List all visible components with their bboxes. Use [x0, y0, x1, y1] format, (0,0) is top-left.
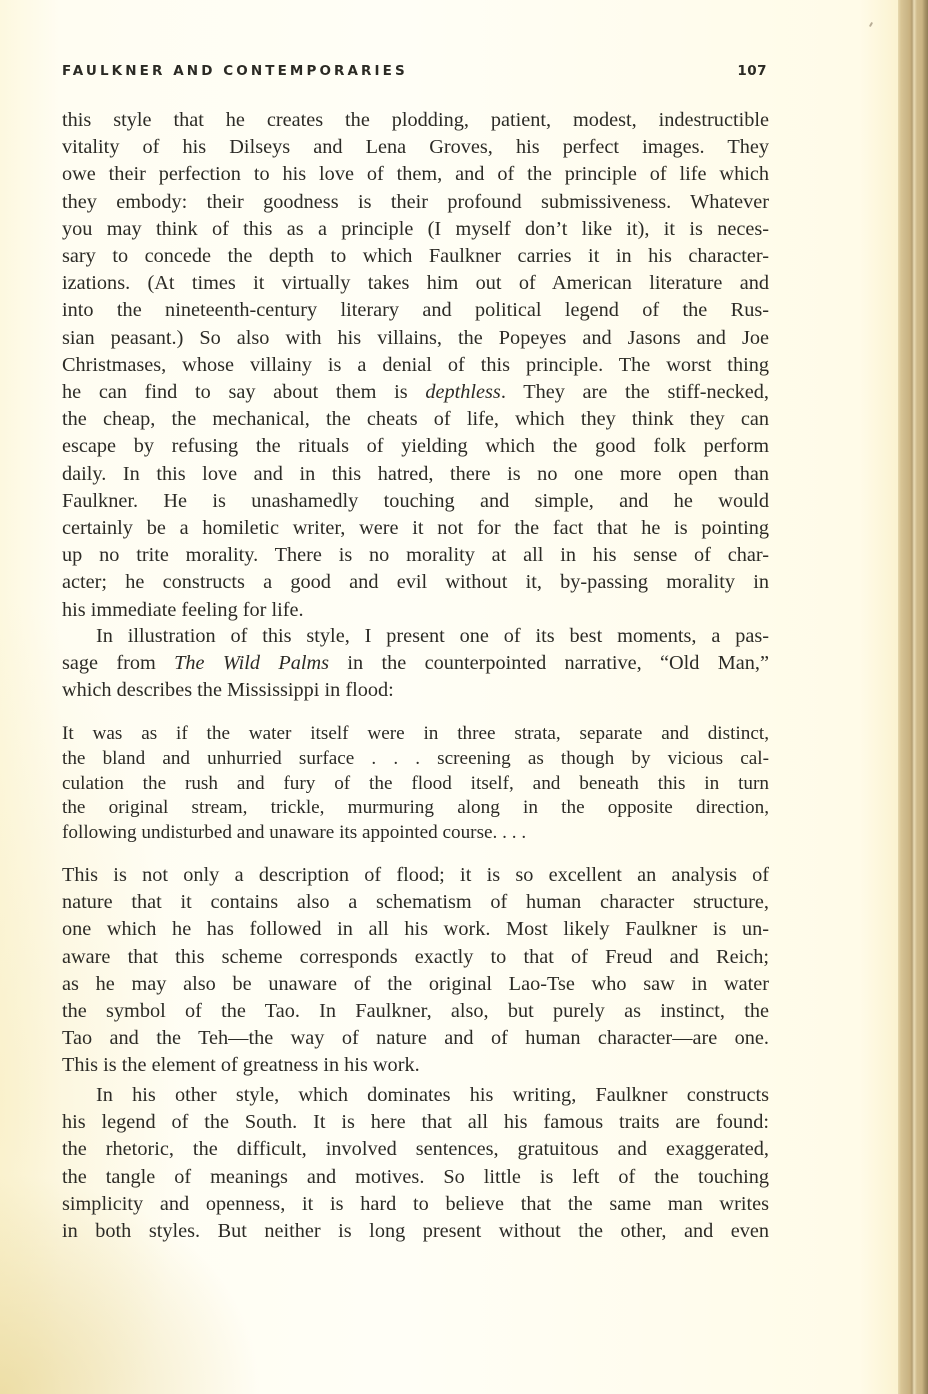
text-line: certainly be a homiletic writer, were it… [62, 515, 769, 542]
text-line: this style that he creates the plodding,… [62, 107, 769, 134]
text-line: daily. In this love and in this hatred, … [62, 461, 769, 488]
text-line: you may think of this as a principle (I … [62, 216, 769, 243]
paragraph-2: In illustration of this style, I present… [62, 623, 769, 709]
running-head-title: FAULKNER AND CONTEMPORARIES [62, 63, 408, 79]
text-line: izations. (At times it virtually takes h… [62, 270, 769, 297]
text-segment: he can find to say about them is [62, 381, 425, 403]
text-line-with-italic: he can find to say about them is depthle… [62, 379, 769, 406]
text-line: the rhetoric, the difficult, involved se… [62, 1136, 769, 1163]
text-line: which describes the Mississippi in flood… [62, 677, 769, 704]
text-line: vitality of his Dilseys and Lena Groves,… [62, 134, 769, 161]
page-number: 107 [737, 63, 767, 79]
text-line: aware that this scheme corresponds exact… [62, 944, 769, 971]
text-line: This is the element of greatness in his … [62, 1052, 769, 1079]
text-line: simplicity and openness, it is hard to b… [62, 1191, 769, 1218]
quote-line: following undisturbed and unaware its ap… [62, 821, 769, 846]
text-segment: in the counterpointed narrative, “Old Ma… [329, 652, 769, 674]
text-line-with-italic: sage from The Wild Palms in the counterp… [62, 650, 769, 677]
text-line: one which he has followed in all his wor… [62, 916, 769, 943]
running-head: FAULKNER AND CONTEMPORARIES 107 [62, 63, 767, 83]
text-line: as he may also be unaware of the origina… [62, 971, 769, 998]
text-line: acter; he constructs a good and evil wit… [62, 569, 769, 596]
text-line: the tangle of meanings and motives. So l… [62, 1164, 769, 1191]
paragraph-1: this style that he creates the plodding,… [62, 107, 769, 623]
text-segment: . They are the stiff-necked, [501, 381, 769, 403]
text-line: sian peasant.) So also with his villains… [62, 325, 769, 352]
paragraph-3: This is not only a description of flood;… [62, 858, 769, 1082]
text-line: into the nineteenth-century literary and… [62, 297, 769, 324]
paper-speck [869, 22, 873, 27]
page-edge-binding [898, 0, 928, 1394]
text-segment: sage from [62, 652, 174, 674]
text-line: the symbol of the Tao. In Faulkner, also… [62, 998, 769, 1025]
text-line: Tao and the Teh—the way of nature and of… [62, 1025, 769, 1052]
text-line: his legend of the South. It is here that… [62, 1109, 769, 1136]
text-line: Christmases, whose villainy is a denial … [62, 352, 769, 379]
text-line: This is not only a description of flood;… [62, 862, 769, 889]
text-line: sary to concede the depth to which Faulk… [62, 243, 769, 270]
text-line: they embody: their goodness is their pro… [62, 189, 769, 216]
text-line: up no trite morality. There is no morali… [62, 542, 769, 569]
quote-line: culation the rush and fury of the flood … [62, 772, 769, 797]
block-quote: It was as if the water itself were in th… [62, 717, 769, 850]
body-text: this style that he creates the plodding,… [62, 107, 769, 1245]
paragraph-4: In his other style, which dominates his … [62, 1082, 769, 1245]
text-line: In illustration of this style, I present… [62, 623, 769, 650]
text-line: his immediate feeling for life. [62, 597, 769, 624]
quote-line: the original stream, trickle, murmuring … [62, 796, 769, 821]
text-line: in both styles. But neither is long pres… [62, 1218, 769, 1245]
text-line: nature that it contains also a schematis… [62, 889, 769, 916]
text-line: the cheap, the mechanical, the cheats of… [62, 406, 769, 433]
quote-line: It was as if the water itself were in th… [62, 722, 769, 747]
text-line: In his other style, which dominates his … [62, 1082, 769, 1109]
text-line: Faulkner. He is unashamedly touching and… [62, 488, 769, 515]
book-title-italic: The Wild Palms [174, 652, 329, 674]
book-page: FAULKNER AND CONTEMPORARIES 107 this sty… [0, 0, 928, 1394]
text-line: escape by refusing the rituals of yieldi… [62, 433, 769, 460]
quote-line: the bland and unhurried surface . . . sc… [62, 747, 769, 772]
italic-word: depthless [425, 381, 500, 403]
text-line: owe their perfection to his love of them… [62, 161, 769, 188]
